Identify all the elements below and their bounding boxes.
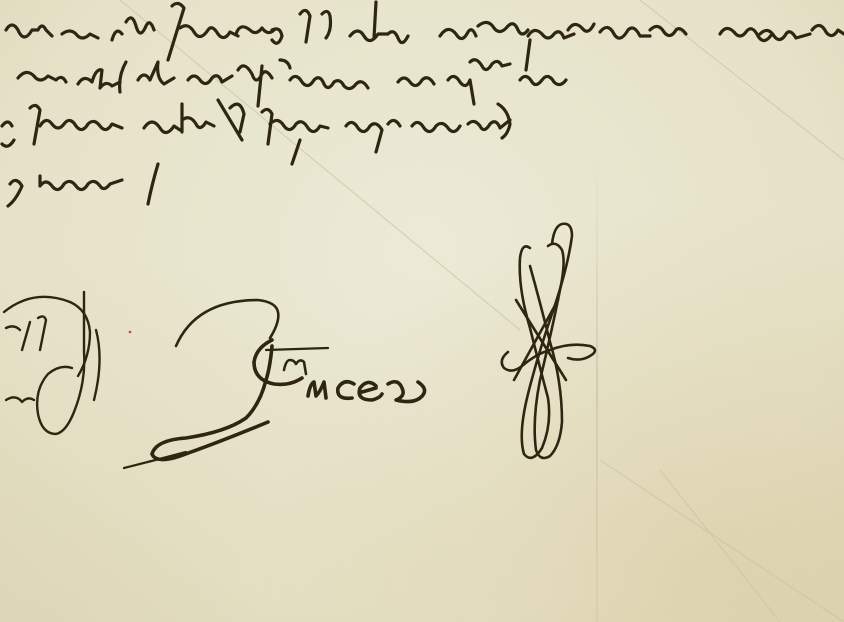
ink-drawing (0, 0, 844, 622)
signature-right-ink (502, 224, 595, 458)
ink-speck (129, 331, 132, 334)
manuscript-page: Jdem[?] ... ceal somme de x[?] .s. ... l… (0, 0, 844, 622)
signature-center-ink (124, 300, 425, 468)
script-line-3-ink (2, 100, 510, 164)
crease-lines (120, 0, 844, 622)
script-line-1-ink (6, 2, 844, 70)
script-line-4-ink (8, 164, 158, 206)
script-line-2-ink (18, 60, 566, 106)
signature-left-ink (4, 292, 100, 434)
